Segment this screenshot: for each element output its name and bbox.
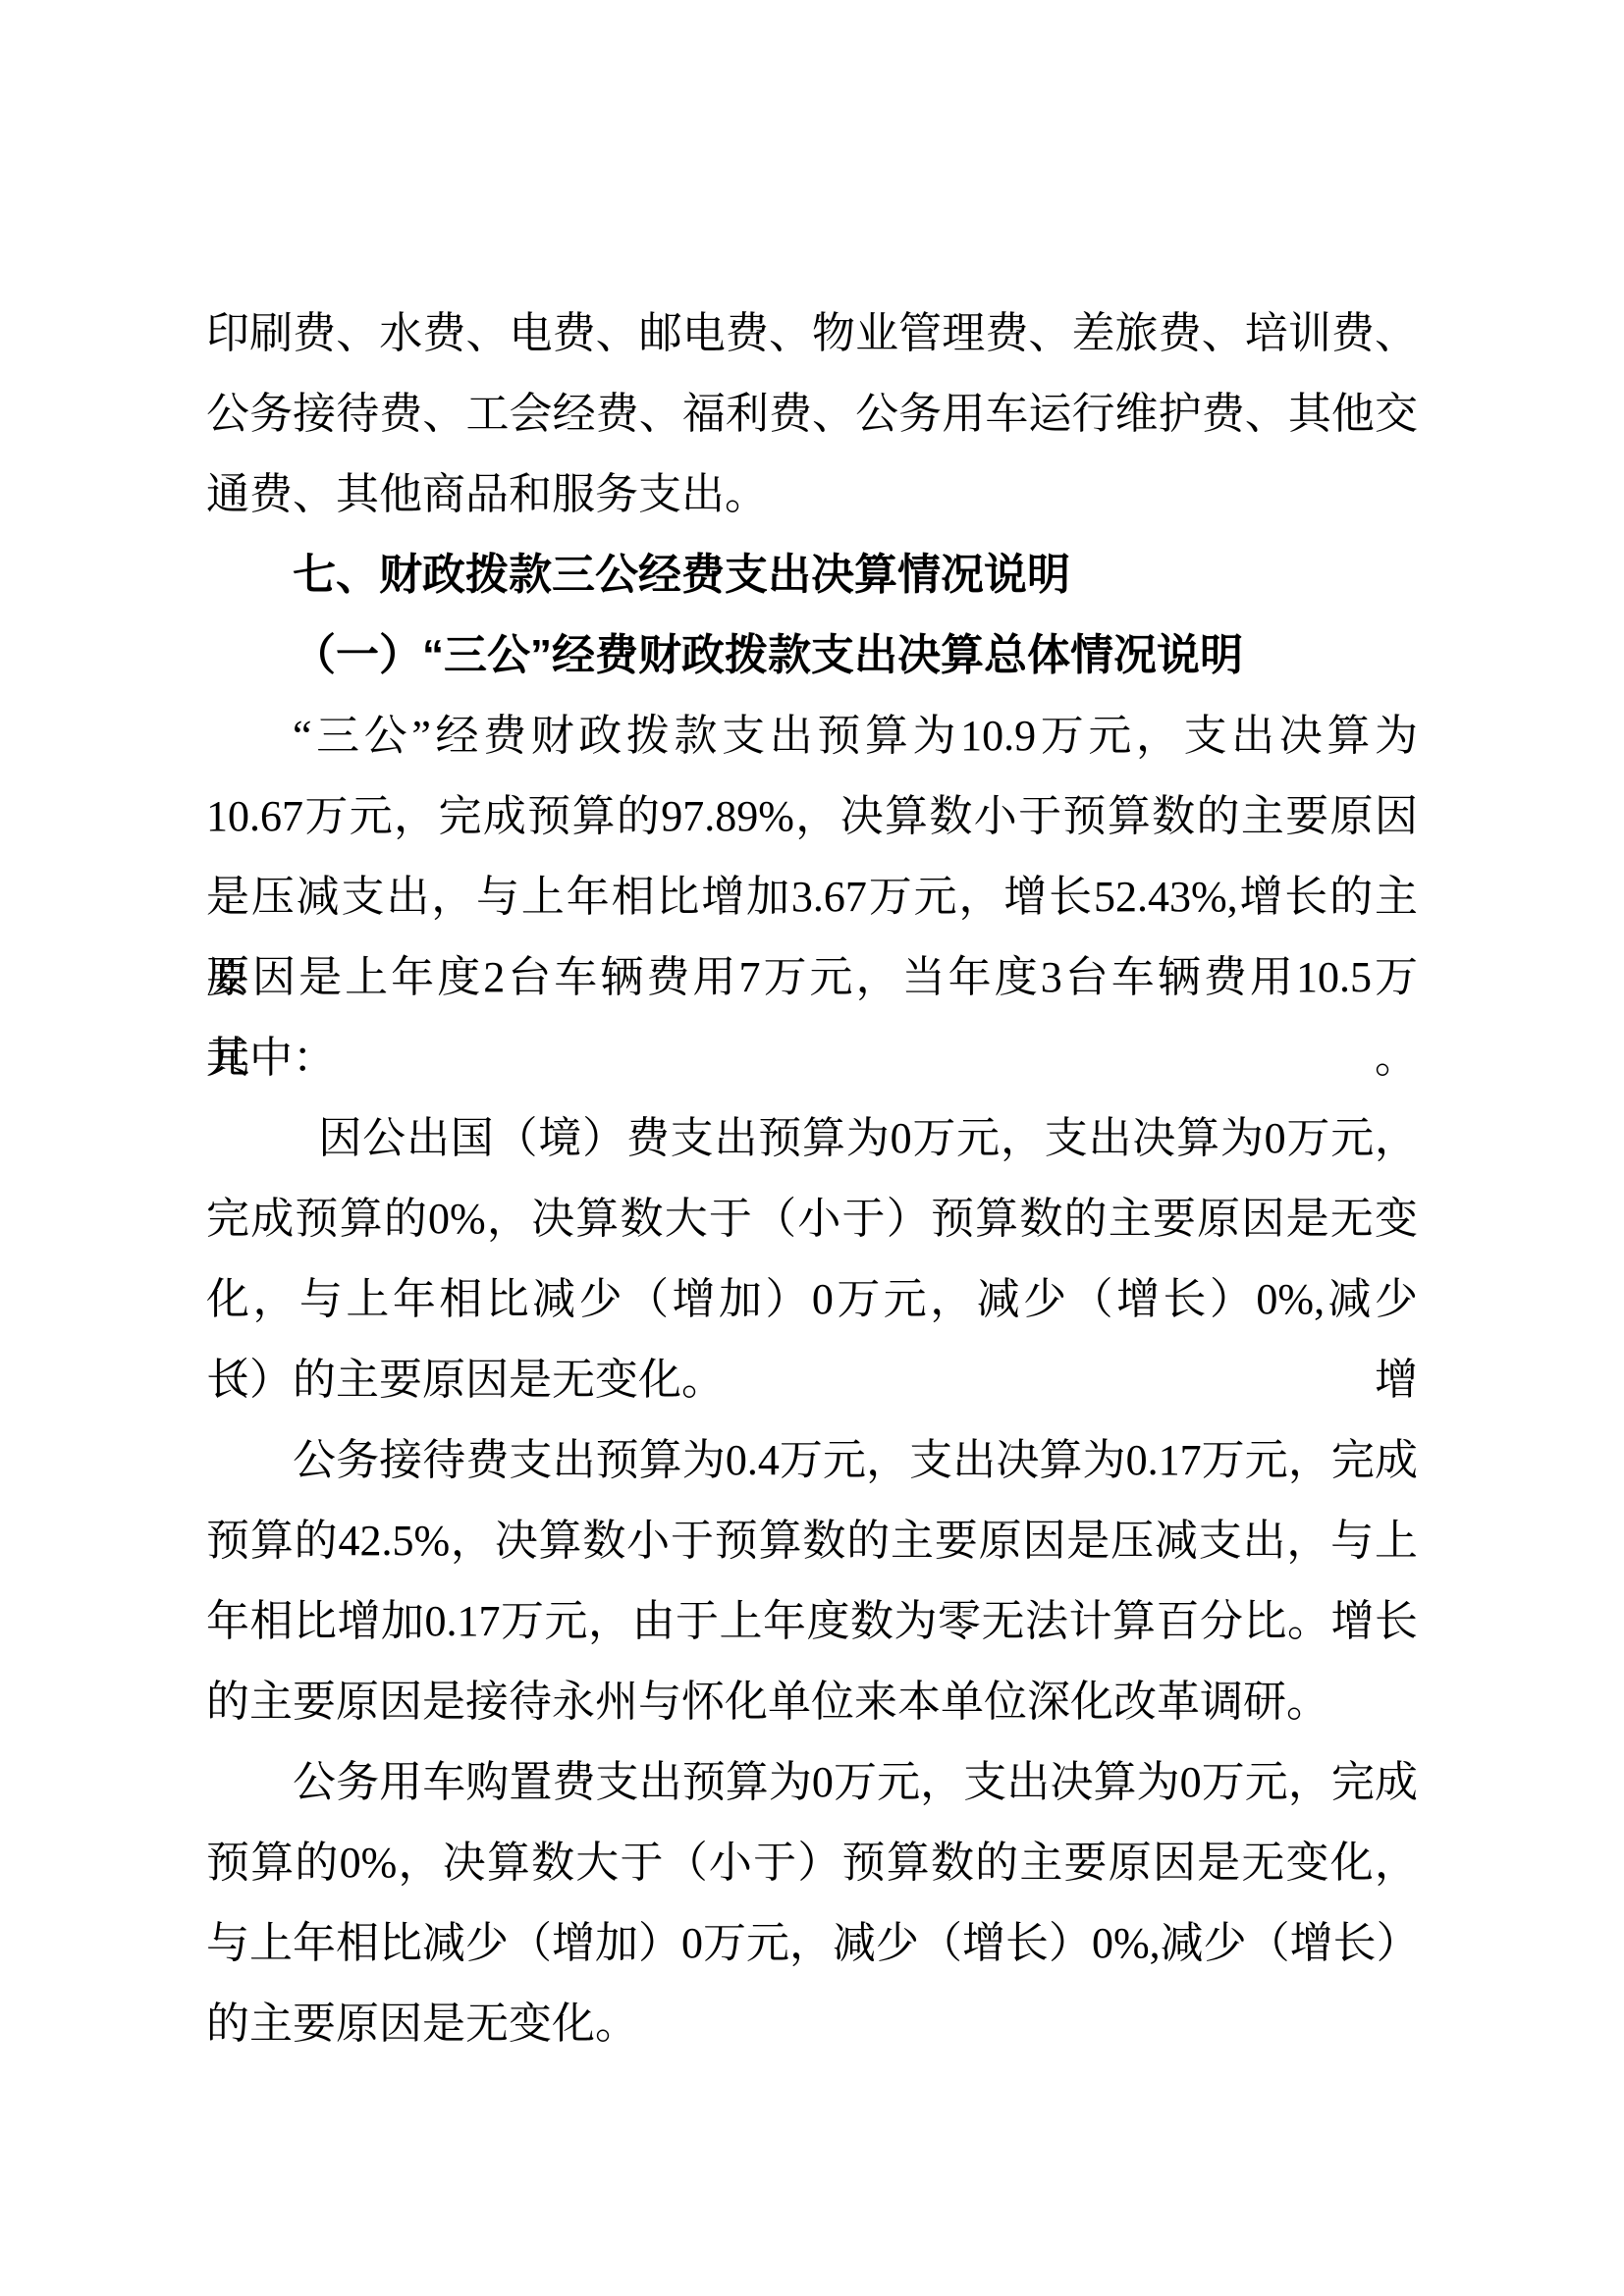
text-line: 公务接待费支出预算为0.4万元，支出决算为0.17万元，完成: [206, 1420, 1418, 1501]
text-line: 的主要原因是无变化。: [206, 1984, 1418, 2064]
body-paragraph: 印刷费、水费、电费、邮电费、物业管理费、差旅费、培训费、公务接待费、工会经费、福…: [206, 294, 1418, 535]
text-line: 通费、其他商品和服务支出。: [206, 454, 1418, 535]
text-line: 公务接待费、工会经费、福利费、公务用车运行维护费、其他交: [206, 374, 1418, 454]
text-line: “三公”经费财政拨款支出预算为10.9万元，支出决算为: [206, 696, 1418, 776]
text-line: 公务用车购置费支出预算为0万元，支出决算为0万元，完成: [206, 1742, 1418, 1823]
body-paragraph: 因公出国（境）费支出预算为0万元，支出决算为0万元，完成预算的0%，决算数大于（…: [206, 1098, 1418, 1420]
text-line: 10.67万元，完成预算的97.89%，决算数小于预算数的主要原因: [206, 776, 1418, 857]
text-line: 的主要原因是接待永州与怀化单位来本单位深化改革调研。: [206, 1662, 1418, 1742]
text-line: 与上年相比减少（增加）0万元，减少（增长）0%,减少（增长）: [206, 1903, 1418, 1984]
body-paragraph: 公务接待费支出预算为0.4万元，支出决算为0.17万元，完成预算的42.5%，决…: [206, 1420, 1418, 1742]
text-line: 预算的0%，决算数大于（小于）预算数的主要原因是无变化，: [206, 1823, 1418, 1903]
text-line: 原因是上年度2台车辆费用7万元，当年度3台车辆费用10.5万元。: [206, 937, 1418, 1018]
heading-paragraph: 七、财政拨款三公经费支出决算情况说明: [206, 535, 1418, 615]
document-page: 印刷费、水费、电费、邮电费、物业管理费、差旅费、培训费、公务接待费、工会经费、福…: [0, 0, 1624, 2296]
heading-line: （一）“三公”经费财政拨款支出决算总体情况说明: [206, 615, 1418, 696]
document-body: 印刷费、水费、电费、邮电费、物业管理费、差旅费、培训费、公务接待费、工会经费、福…: [206, 294, 1418, 2064]
text-line: 预算的42.5%，决算数小于预算数的主要原因是压减支出，与上: [206, 1501, 1418, 1581]
text-line: 是压减支出，与上年相比增加3.67万元，增长52.43%,增长的主要: [206, 857, 1418, 937]
text-line: 化，与上年相比减少（增加）0万元，减少（增长）0%,减少（增: [206, 1259, 1418, 1340]
body-paragraph: 公务用车购置费支出预算为0万元，支出决算为0万元，完成预算的0%，决算数大于（小…: [206, 1742, 1418, 2064]
heading-paragraph: （一）“三公”经费财政拨款支出决算总体情况说明: [206, 615, 1418, 696]
text-line: 印刷费、水费、电费、邮电费、物业管理费、差旅费、培训费、: [206, 294, 1418, 374]
body-paragraph: “三公”经费财政拨款支出预算为10.9万元，支出决算为10.67万元，完成预算的…: [206, 696, 1418, 1098]
text-line: 因公出国（境）费支出预算为0万元，支出决算为0万元，: [206, 1098, 1418, 1179]
heading-line: 七、财政拨款三公经费支出决算情况说明: [206, 535, 1418, 615]
text-line: 年相比增加0.17万元，由于上年度数为零无法计算百分比。增长: [206, 1581, 1418, 1662]
text-line: 完成预算的0%，决算数大于（小于）预算数的主要原因是无变: [206, 1179, 1418, 1259]
